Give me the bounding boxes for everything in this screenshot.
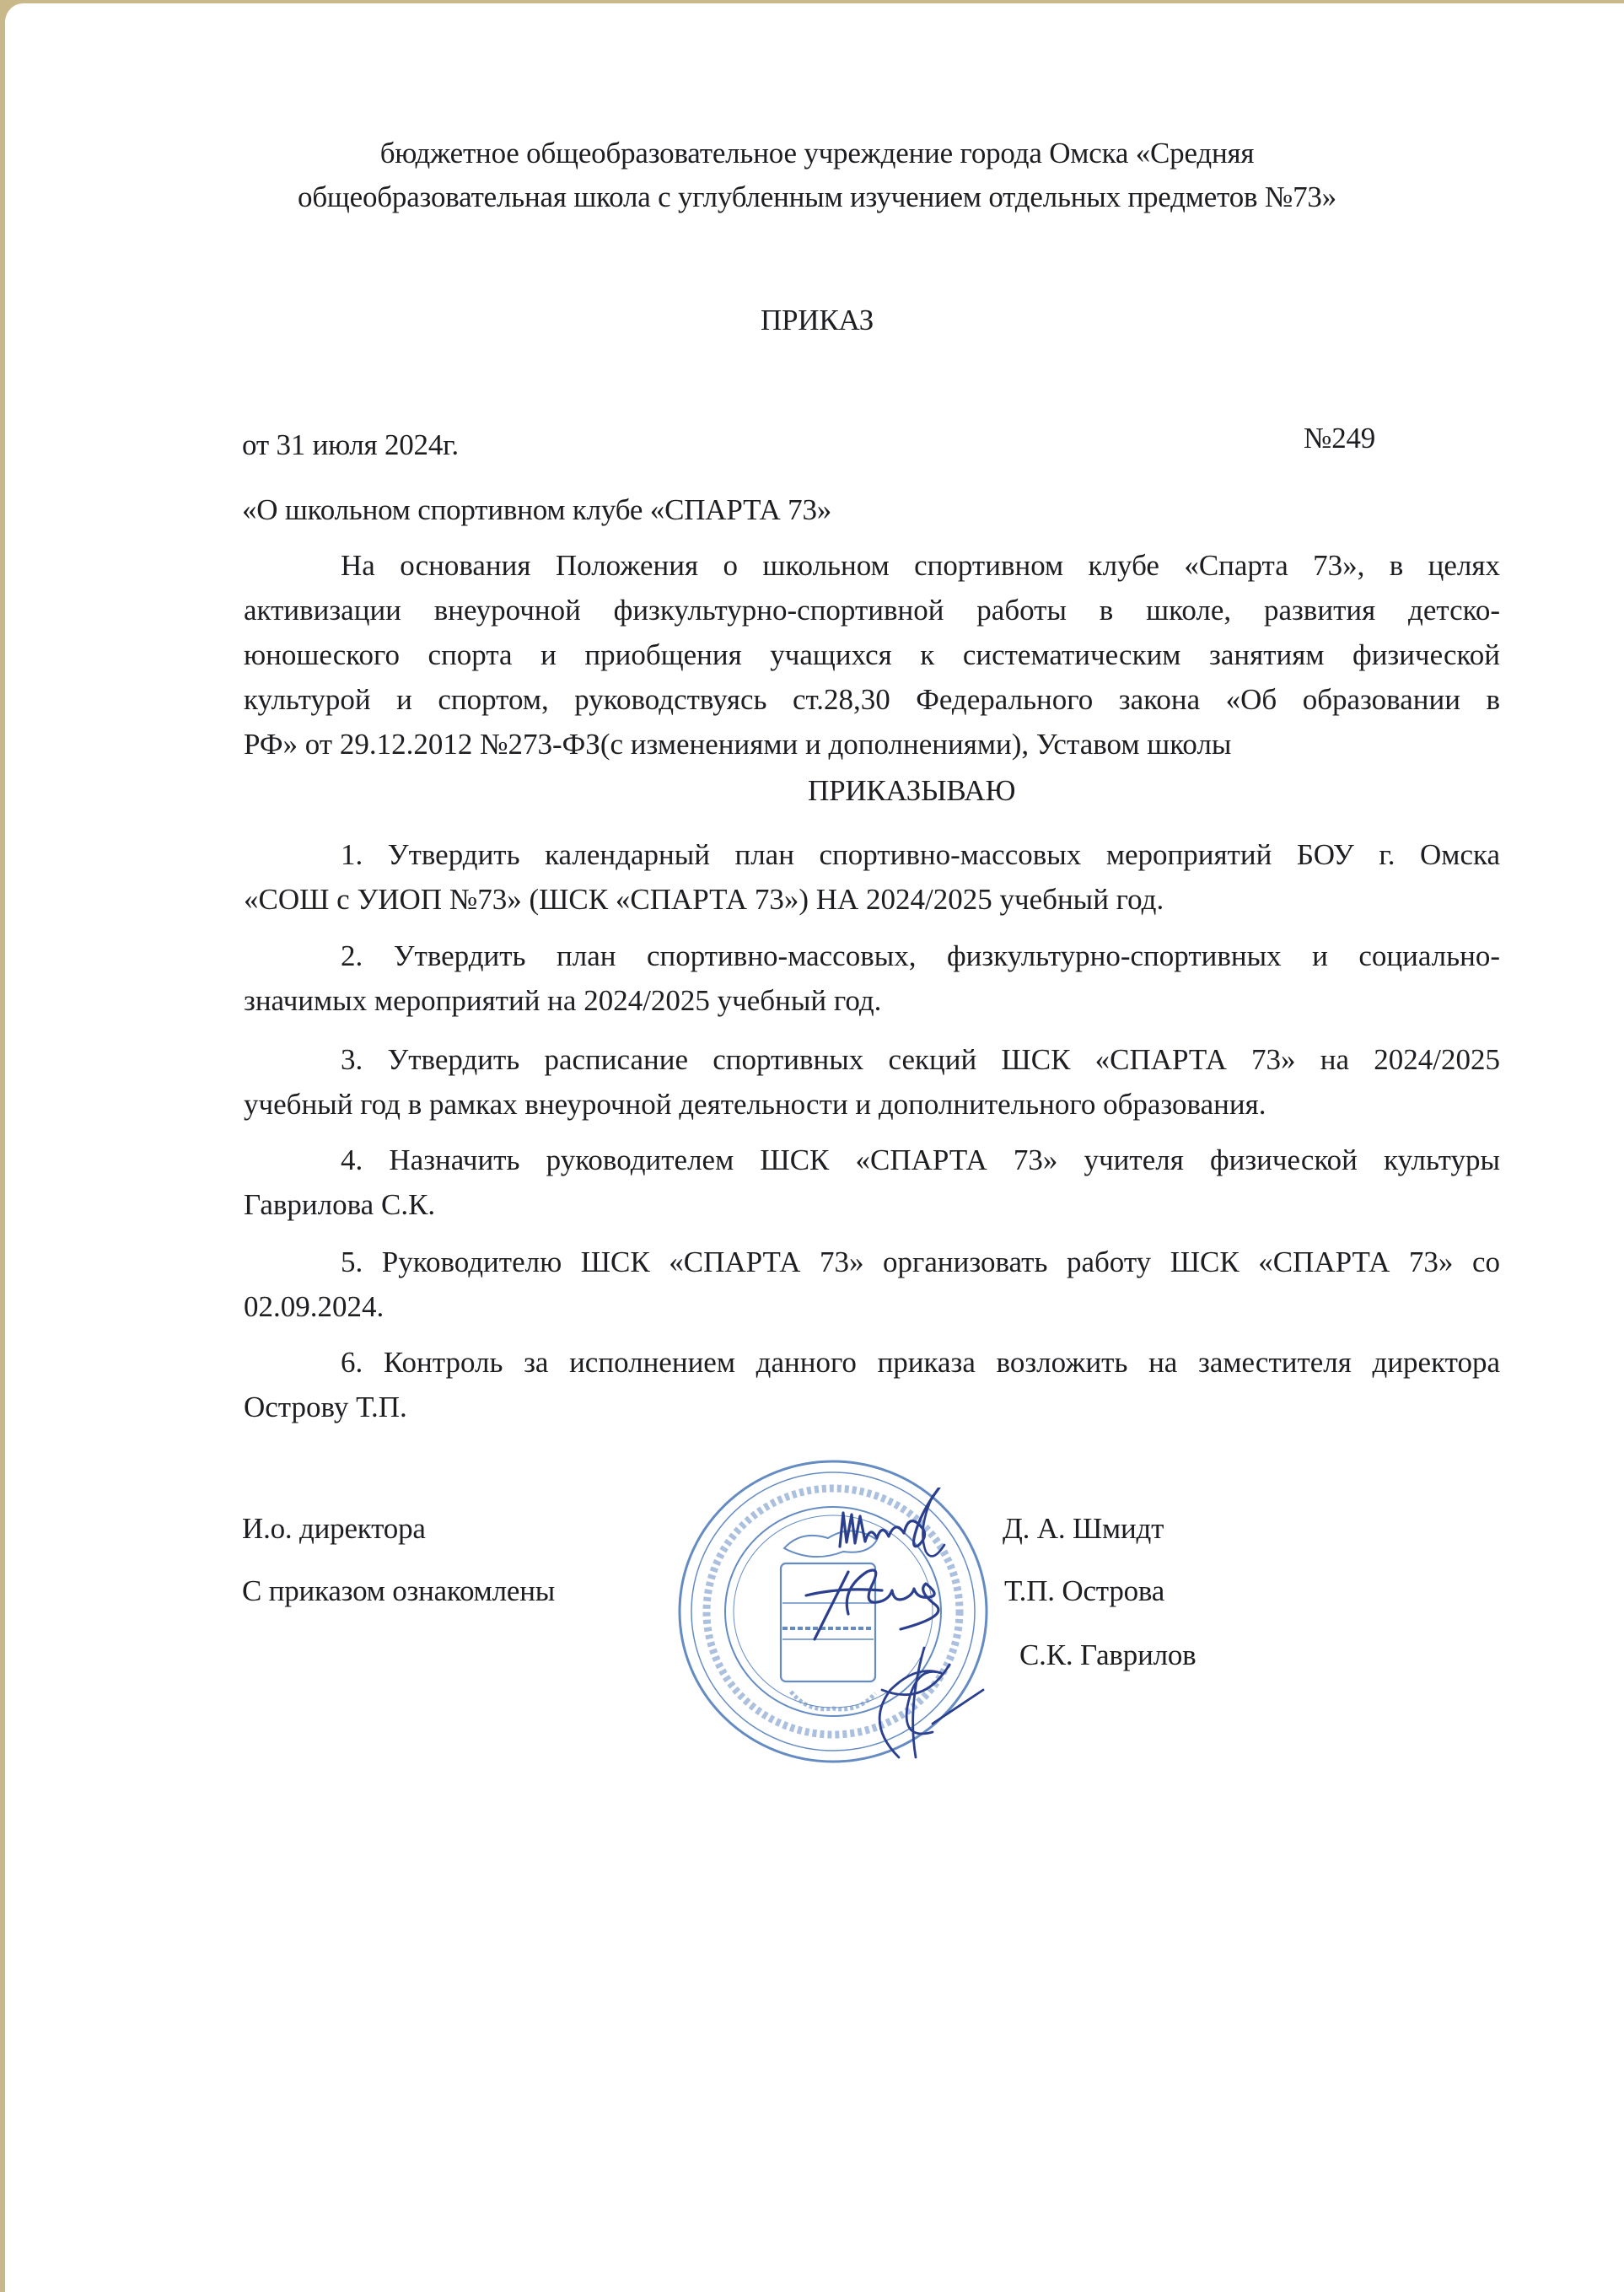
order-date: от 31 июля 2024г. xyxy=(242,423,459,467)
document-title: ПРИКАЗ xyxy=(5,299,1624,342)
item-line: учебный год в рамках внеурочной деятельн… xyxy=(244,1082,1500,1127)
item-line: Острову Т.П. xyxy=(244,1385,1500,1429)
director-label: И.о. директора xyxy=(242,1507,426,1551)
order-item-1: 1. Утвердить календарный план спортивно-… xyxy=(244,832,1500,922)
order-item-6: 6. Контроль за исполнением данного прика… xyxy=(244,1340,1500,1429)
org-header-line-2: общеобразовательная школа с углубленным … xyxy=(5,175,1624,219)
order-subject: «О школьном спортивном клубе «СПАРТА 73» xyxy=(242,488,831,532)
org-header-line-1: бюджетное общеобразовательное учреждение… xyxy=(5,132,1624,175)
item-line: 02.09.2024. xyxy=(244,1284,1500,1329)
preamble-line: РФ» от 29.12.2012 №273-ФЗ(с изменениями … xyxy=(244,722,1500,767)
order-item-4: 4. Назначить руководителем ШСК «СПАРТА 7… xyxy=(244,1138,1500,1227)
item-line: 2. Утвердить план спортивно-массовых, фи… xyxy=(244,933,1500,978)
order-item-5: 5. Руководителю ШСК «СПАРТА 73» организо… xyxy=(244,1240,1500,1329)
item-line: Гаврилова С.К. xyxy=(244,1182,1500,1227)
preamble-line: культурой и спортом, руководствуясь ст.2… xyxy=(244,677,1500,722)
order-item-2: 2. Утвердить план спортивно-массовых, фи… xyxy=(244,933,1500,1023)
preamble-line: На основания Положения о школьном спорти… xyxy=(244,543,1500,588)
item-line: значимых мероприятий на 2024/2025 учебны… xyxy=(244,978,1500,1023)
acknowledged-name-1: Т.П. Острова xyxy=(1004,1569,1164,1613)
item-line: 3. Утвердить расписание спортивных секци… xyxy=(244,1037,1500,1082)
order-item-3: 3. Утвердить расписание спортивных секци… xyxy=(244,1037,1500,1127)
item-line: 6. Контроль за исполнением данного прика… xyxy=(244,1340,1500,1385)
director-signature xyxy=(831,1488,1000,1563)
gavrilov-signature xyxy=(848,1631,992,1774)
order-heading: ПРИКАЗЫВАЮ xyxy=(808,769,1015,813)
document-page: бюджетное общеобразовательное учреждение… xyxy=(5,3,1624,2292)
preamble-line: активизации внеурочной физкультурно-спор… xyxy=(244,588,1500,632)
director-name: Д. А. Шмидт xyxy=(1003,1507,1164,1551)
acknowledged-label: С приказом ознакомлены xyxy=(242,1569,555,1613)
acknowledged-name-2: С.К. Гаврилов xyxy=(1019,1633,1196,1677)
item-line: «СОШ с УИОП №73» (ШСК «СПАРТА 73») НА 20… xyxy=(244,877,1500,922)
preamble-paragraph: На основания Положения о школьном спорти… xyxy=(244,543,1500,767)
order-number: №249 xyxy=(1304,417,1375,460)
item-line: 5. Руководителю ШСК «СПАРТА 73» организо… xyxy=(244,1240,1500,1284)
item-line: 1. Утвердить календарный план спортивно-… xyxy=(244,832,1500,877)
item-line: 4. Назначить руководителем ШСК «СПАРТА 7… xyxy=(244,1138,1500,1182)
preamble-line: юношеского спорта и приобщения учащихся … xyxy=(244,632,1500,677)
